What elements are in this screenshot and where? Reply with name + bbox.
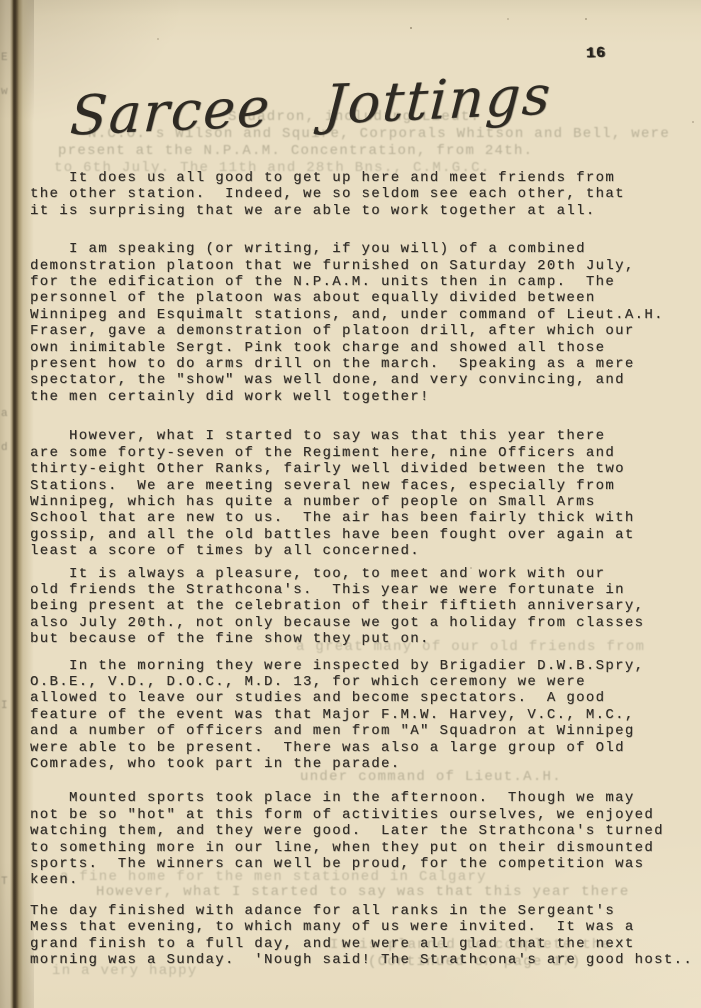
gutter-mark: I — [1, 700, 8, 712]
gutter-mark: w — [1, 86, 8, 98]
page-number: 16 — [586, 45, 607, 63]
document-body: It does us all good to get up here and m… — [30, 170, 700, 968]
paragraph: It does us all good to get up here and m… — [30, 170, 700, 219]
paragraph: The day finished with adance for all ran… — [30, 903, 700, 969]
gutter-mark: T — [1, 876, 8, 888]
paragraph: Mounted sports took place in the afterno… — [30, 790, 700, 888]
gutter-mark: E — [1, 52, 8, 64]
paragraph: It is always a pleasure, too, to meet an… — [30, 566, 700, 648]
gutter-mark: d — [1, 442, 8, 454]
binding-edge — [0, 0, 34, 1008]
paper-specks — [410, 27, 412, 29]
scanned-document-page: 16 Sarcee Jottings Squadron, including L… — [0, 0, 701, 1008]
bleedthrough-text: present at the N.P.A.M. Concentration, f… — [58, 143, 533, 159]
paragraph: In the morning they were inspected by Br… — [30, 658, 700, 773]
gutter-mark: a — [1, 408, 8, 420]
paragraph: I am speaking (or writing, if you will) … — [30, 241, 700, 405]
paragraph: However, what I started to say was that … — [30, 428, 700, 559]
